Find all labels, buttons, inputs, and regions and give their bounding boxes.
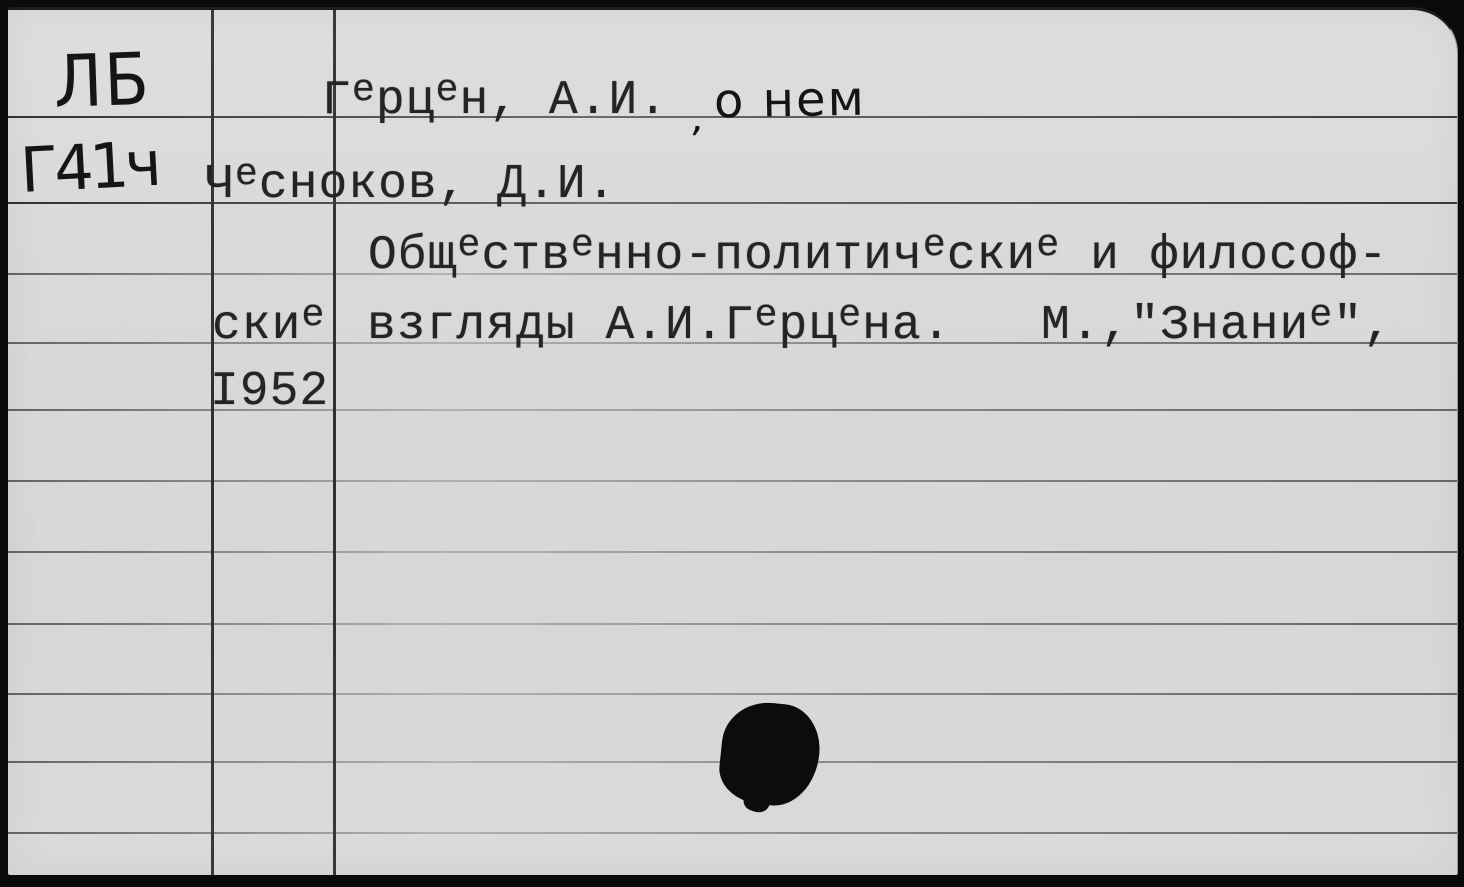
column-line-left xyxy=(211,10,214,875)
catalog-card: ЛБ Г41ч Герцен, А.И. , о нем Чесноков, Д… xyxy=(8,7,1458,875)
column-line-right xyxy=(333,10,336,875)
hole-punch-mark xyxy=(716,698,824,810)
rule-line xyxy=(8,832,1457,834)
rule-line xyxy=(8,551,1457,553)
call-number-lb: ЛБ xyxy=(52,43,151,118)
author-name: Чесноков, Д.И. xyxy=(205,161,617,209)
heading-annotation-comma: , xyxy=(689,97,707,138)
title-line-2: взгляды А.И.Герцена. М.,"Знание", xyxy=(367,302,1393,350)
catalog-card-scan: ЛБ Г41ч Герцен, А.И. , о нем Чесноков, Д… xyxy=(0,0,1464,887)
title-line-1: Общественно-политические и философ- xyxy=(368,232,1388,280)
rule-line xyxy=(8,623,1457,625)
title-line-2-continuation: ские xyxy=(212,302,325,350)
rule-line xyxy=(8,480,1457,482)
heading-annotation-handwritten: о нем xyxy=(714,75,867,126)
heading-author-typed: Герцен, А.И. xyxy=(322,77,668,125)
rule-line xyxy=(8,693,1457,695)
call-number-g41: Г41ч xyxy=(19,133,159,202)
publication-year: I952 xyxy=(210,368,329,416)
